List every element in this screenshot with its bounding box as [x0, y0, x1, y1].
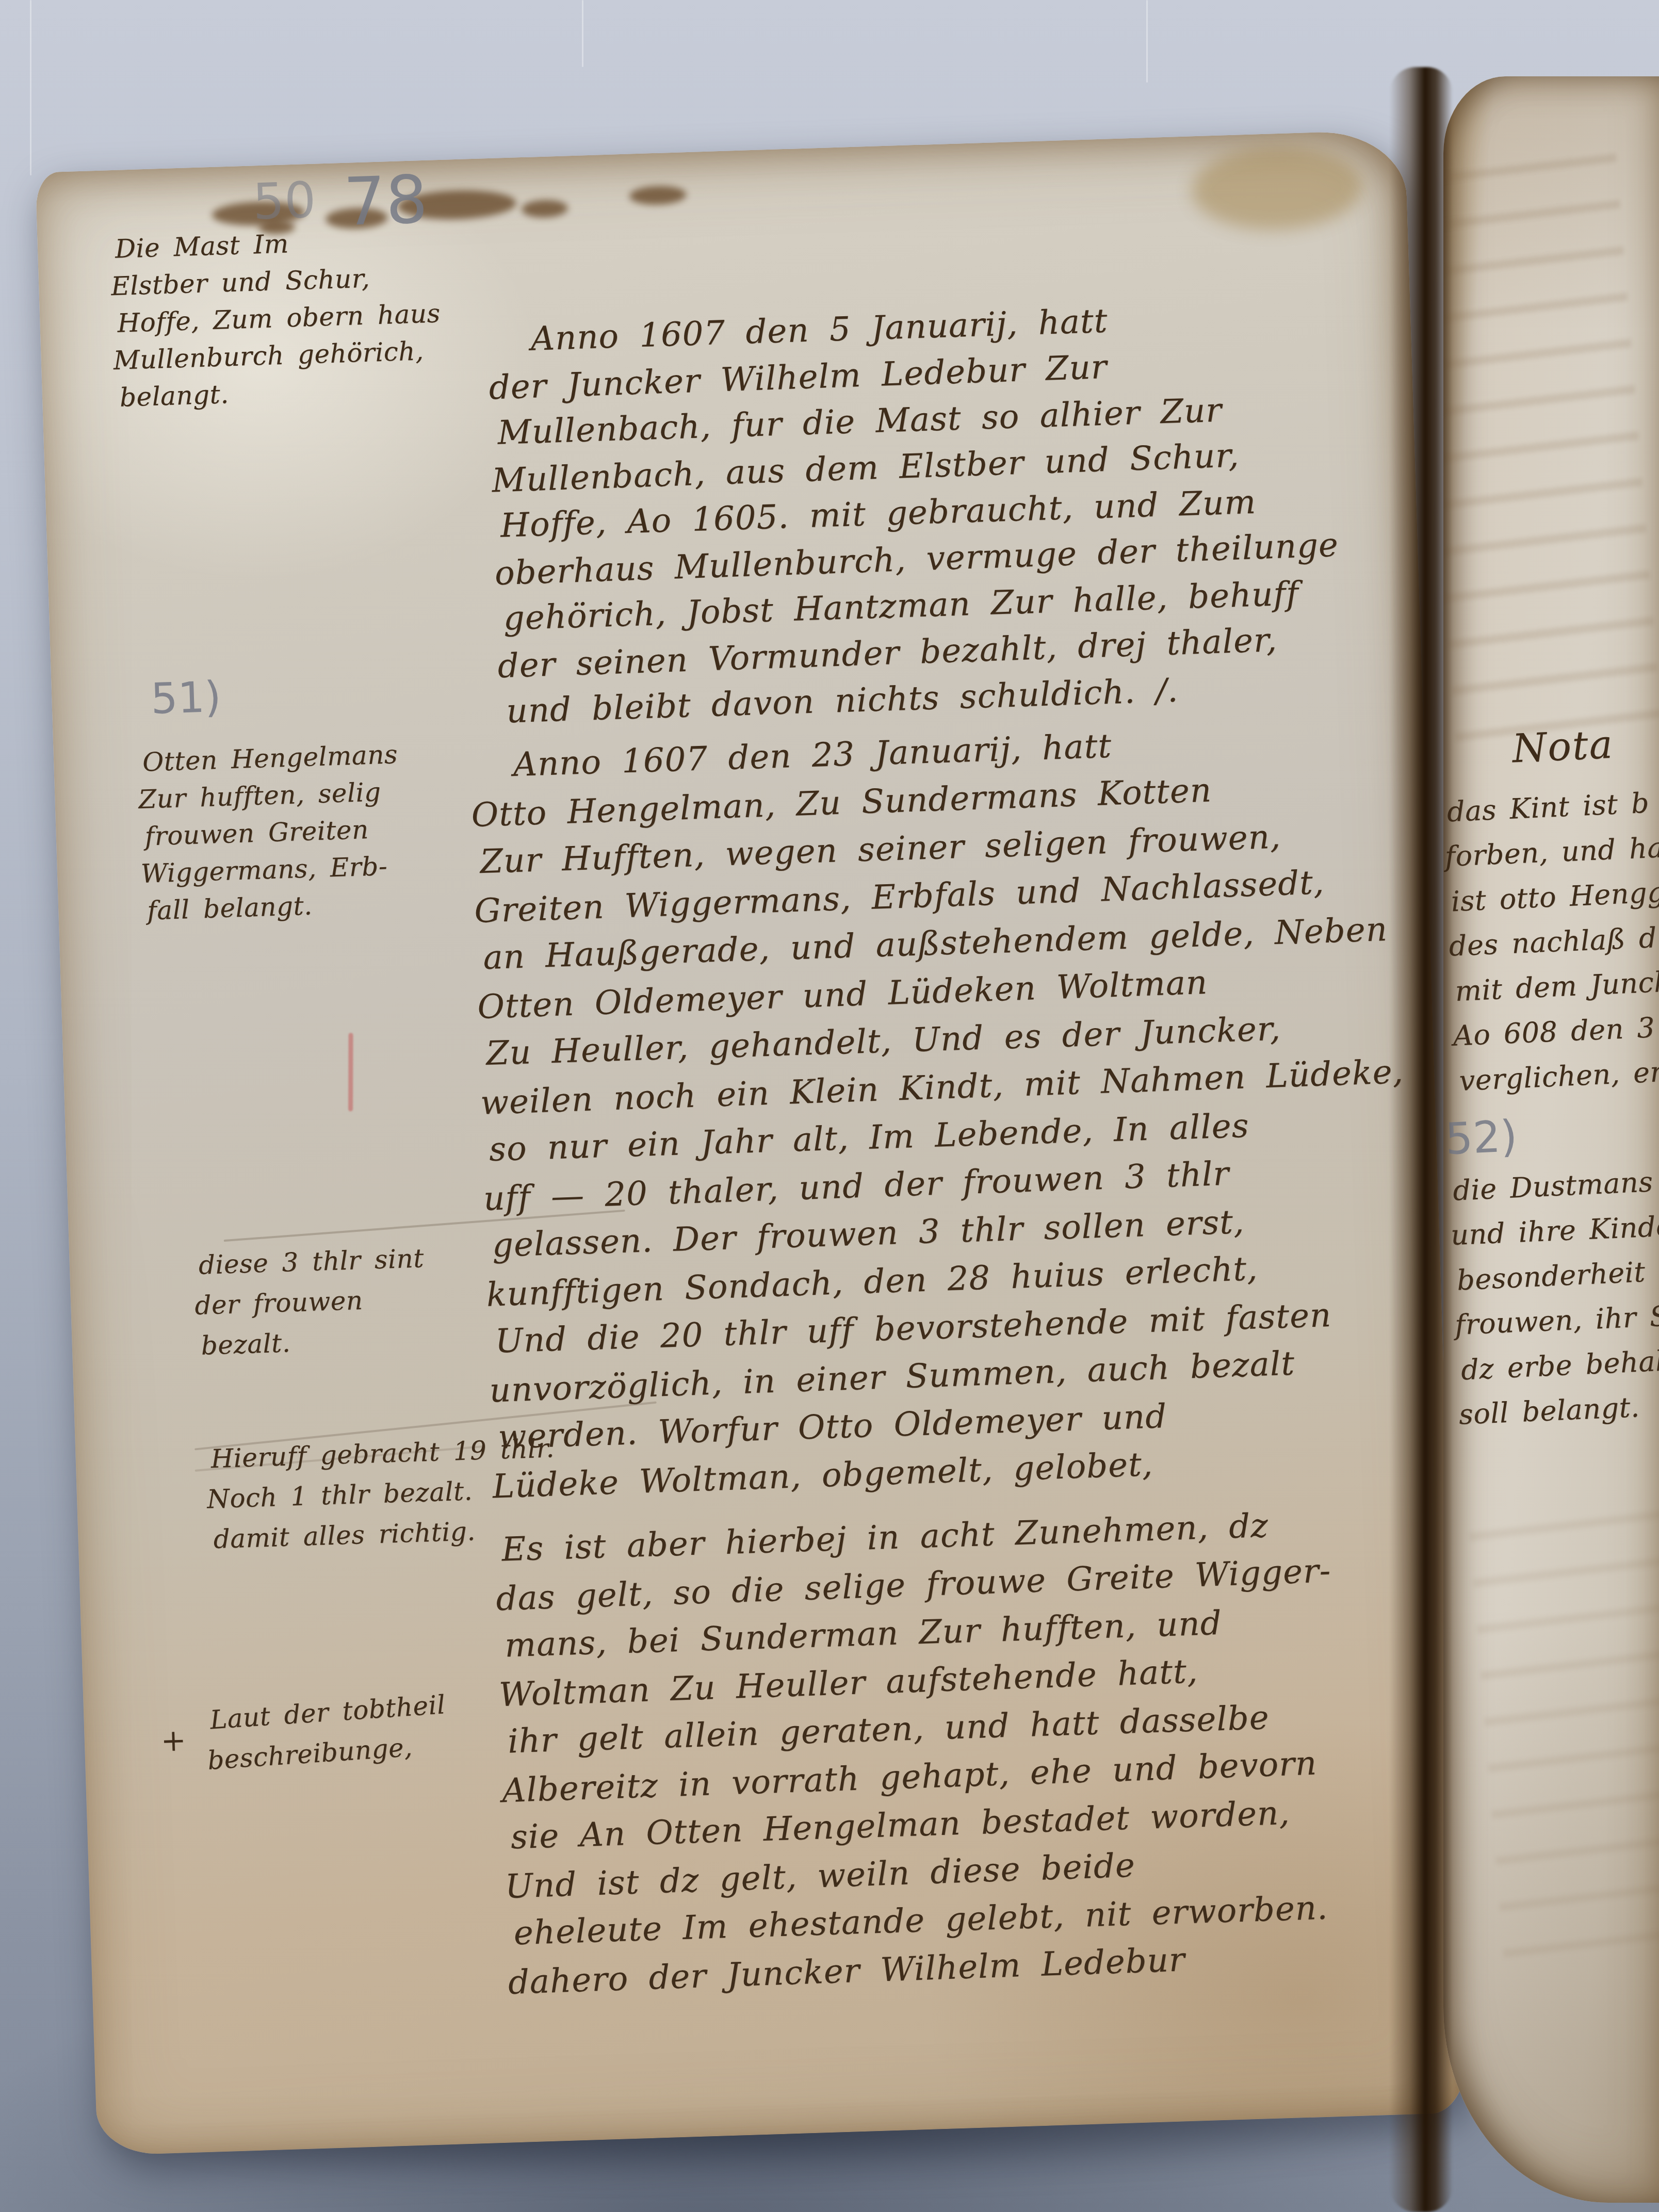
ink-bleedthrough [1443, 136, 1659, 749]
text-line: Ao 608 den 3 [1452, 1011, 1659, 1065]
text-line: forben, und ha [1444, 831, 1659, 885]
margin-note-hengelman-erbfall: Otten HengelmansZur hufften, seligfrouwe… [142, 739, 403, 933]
background-seam [582, 0, 583, 67]
margin-note-tobtheil: Laut der tobtheilbeschreibunge, [209, 1689, 450, 1785]
nota-heading: Nota [1511, 721, 1615, 772]
manuscript-left-page: 50 78 51) Die Mast ImElstber und Schur,H… [35, 129, 1467, 2156]
ink-bleedthrough [1468, 1491, 1659, 1971]
text-line: der frouwen [194, 1283, 420, 1331]
text-line: diese 3 thlr sint [198, 1243, 425, 1291]
entry-nota-bene-continuation: Es ist aber hierbej in acht Zunehmen, dz… [501, 1501, 1454, 2010]
background-seam [1146, 0, 1148, 83]
pencil-entry-number-52: 52) [1444, 1111, 1519, 1164]
entry-1607-jan-23: Anno 1607 den 23 Januarij, hattOtto Heng… [477, 718, 1439, 1514]
margin-note-cross-marker: + [160, 1722, 187, 1758]
margin-note-mast: Die Mast ImElstber und Schur,Hoffe, Zum … [115, 224, 443, 419]
nota-text: das Kint ist bforben, und haist otto Hen… [1446, 786, 1659, 1110]
margin-note-frouwen-bezalt: diese 3 thlr sintder frouwenbezalt. [198, 1243, 427, 1371]
photo-background: 50 78 51) Die Mast ImElstber und Schur,H… [0, 0, 1659, 2212]
entry-1607-jan-5: Anno 1607 den 5 Januarij, hattder Juncke… [494, 293, 1415, 739]
paper-stain [1191, 144, 1363, 232]
text-line: des nachlaß d [1449, 921, 1659, 975]
text-line: bezalt. [201, 1324, 427, 1371]
paper-stain [521, 199, 568, 218]
book-gutter-shadow [1390, 67, 1453, 2212]
dustmans-note-text: die Dustmansund ihre Kinderbesonderheit … [1452, 1162, 1659, 1443]
pencil-entry-number: 51) [150, 673, 222, 724]
right-page-content: Nota das Kint ist bforben, und haist ott… [1443, 76, 1659, 2203]
paper-stain [629, 185, 687, 205]
manuscript-right-page: Nota das Kint ist bforben, und haist ott… [1443, 76, 1659, 2203]
red-chalk-mark [348, 1033, 353, 1111]
text-line: die Dustmans [1452, 1162, 1659, 1219]
background-seam [30, 0, 31, 175]
pencil-old-folio-number: 50 [252, 171, 317, 231]
